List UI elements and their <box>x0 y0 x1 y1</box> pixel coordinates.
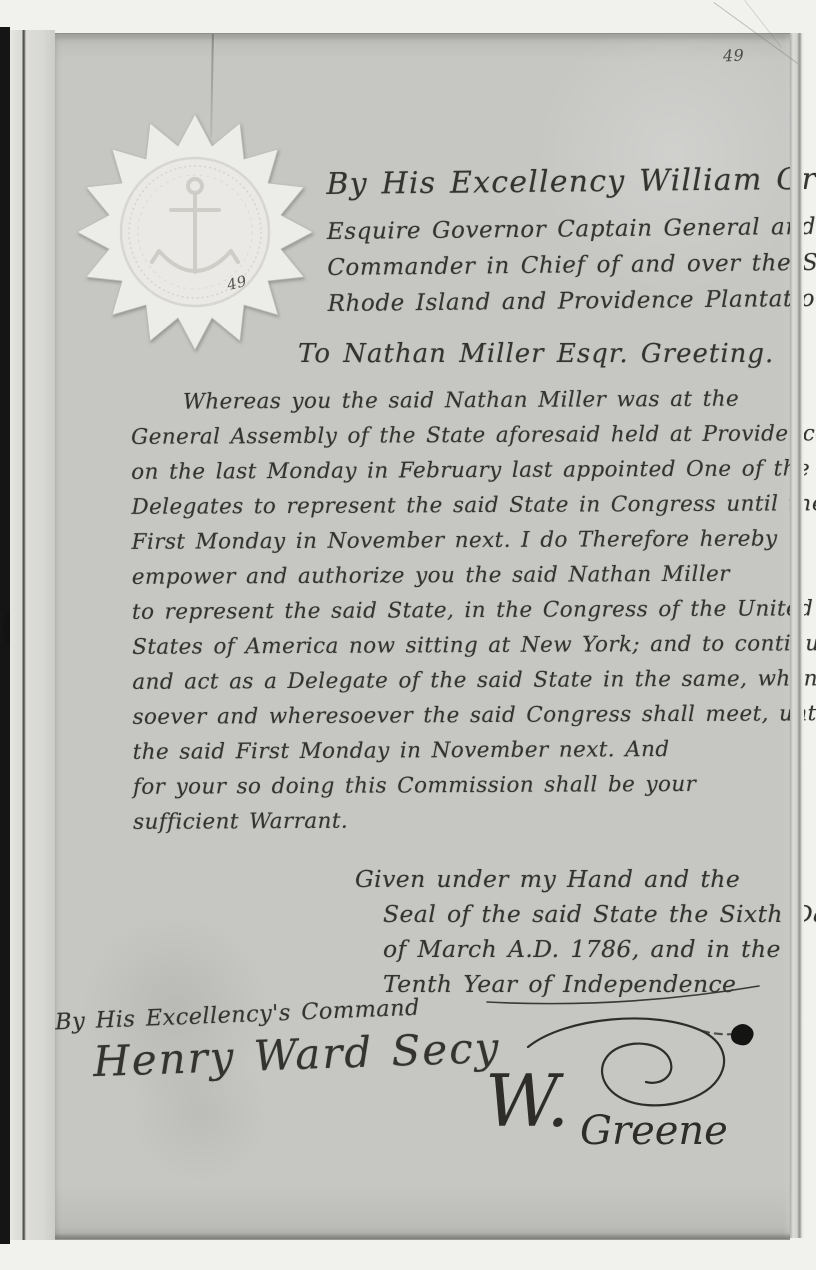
body-line: Whereas you the said Nathan Miller was a… <box>131 381 816 420</box>
document-heading: By His Excellency William Greene Esquire… <box>326 161 816 322</box>
governor-signature: W. Greene <box>480 1009 780 1184</box>
heading-line: By His Excellency William Greene <box>326 161 816 202</box>
heading-line: Commander in Chief of and over the State… <box>327 244 816 286</box>
body-line: States of America now sitting at New Yor… <box>132 626 816 665</box>
secretary-signature: Henry Ward Secy <box>92 1023 501 1086</box>
page-number: 49 <box>723 45 745 65</box>
body-line: General Assembly of the State aforesaid … <box>131 416 816 455</box>
attestation-block: Given under my Hand and the Seal of the … <box>355 862 816 1002</box>
body-line: on the last Monday in February last appo… <box>131 451 816 490</box>
body-line: Delegates to represent the said State in… <box>131 486 816 525</box>
heading-line: Esquire Governor Captain General and <box>327 208 816 250</box>
salutation: To Nathan Miller Esqr. Greeting. <box>298 339 774 369</box>
left-binding-strip <box>0 27 10 1244</box>
body-line: for your so doing this Commission shall … <box>133 766 816 805</box>
body-line: First Monday in November next. I do Ther… <box>132 521 816 560</box>
document-scan: 49 49 By His Excellency William Greene E… <box>0 0 816 1270</box>
body-paragraph: Whereas you the said Nathan Miller was a… <box>131 381 816 840</box>
flourish-underline <box>483 982 765 1008</box>
heading-line: Rhode Island and Providence Plantations <box>327 280 816 322</box>
page-right-edge <box>790 33 804 1238</box>
body-line: soever and wheresoever the said Congress… <box>132 696 816 735</box>
embossed-seal-icon <box>60 104 330 369</box>
signature-initial: W. <box>485 1059 569 1143</box>
page-gutter-edge <box>10 30 55 1240</box>
body-line: sufficient Warrant. <box>133 801 816 840</box>
manuscript-page: 49 49 By His Excellency William Greene E… <box>55 33 790 1239</box>
body-line: the said First Monday in November next. … <box>133 731 816 770</box>
body-line: empower and authorize you the said Natha… <box>132 556 816 595</box>
attestation-line: Seal of the said State the Sixth Day <box>355 897 816 932</box>
attestation-line: Given under my Hand and the <box>355 862 816 897</box>
ink-blot <box>731 1024 754 1045</box>
signature-surname: Greene <box>580 1108 728 1154</box>
attestation-line: of March A.D. 1786, and in the <box>355 932 816 967</box>
body-line: and act as a Delegate of the said State … <box>132 661 816 700</box>
body-line: to represent the said State, in the Cong… <box>132 591 816 630</box>
